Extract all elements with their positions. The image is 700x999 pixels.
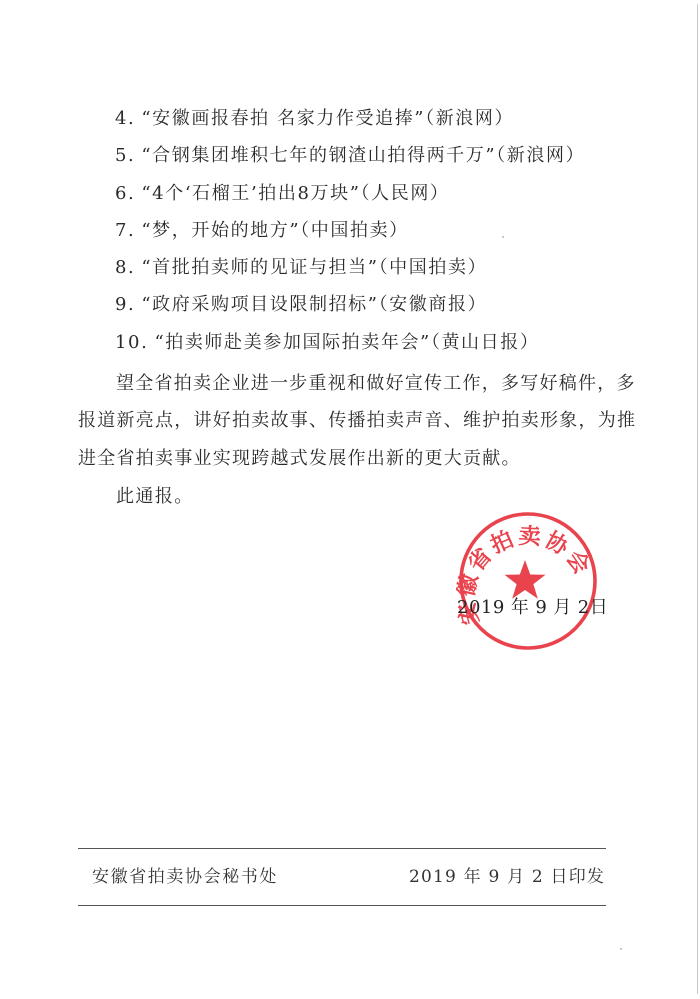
list-item: 7.“梦，开始的地方”（中国拍卖） — [115, 216, 635, 253]
date-day-char: 日 — [590, 597, 609, 618]
signature-date: 2019年9月2日 — [457, 594, 608, 622]
list-text: “梦，开始的地方”（中国拍卖） — [141, 220, 408, 241]
body-paragraph: 望全省拍卖企业进一步重视和做好宣传工作，多写好稿件，多 报道新亮点，讲好拍卖故事… — [78, 365, 618, 477]
official-seal: 安徽省拍卖协会 — [456, 508, 600, 654]
list-item: 4.“安徽画报春拍 名家力作受追捧”（新浪网） — [115, 104, 635, 141]
date-month-char: 月 — [553, 597, 572, 618]
list-item: 9.“政府采购项目设限制招标”（安徽商报） — [115, 290, 635, 327]
list-number: 8. — [115, 253, 135, 283]
list-number: 4. — [115, 104, 135, 134]
document-page: 4.“安徽画报春拍 名家力作受追捧”（新浪网） 5.“合钢集团堆积七年的钢渣山拍… — [0, 0, 700, 999]
scan-speck — [502, 236, 504, 238]
footer-issue-date: 2019 年 9 月 2 日印发 — [409, 862, 605, 892]
scan-speck — [620, 948, 622, 950]
footer-issuer: 安徽省拍卖协会秘书处 — [92, 862, 278, 892]
list-number: 6. — [115, 179, 135, 209]
list-text: “政府采购项目设限制招标”（安徽商报） — [141, 294, 487, 315]
list-item: 6.“4个‘石榴王’拍出8万块”（人民网） — [115, 179, 635, 216]
list-item: 8.“首批拍卖师的见证与担当”（中国拍卖） — [115, 253, 635, 290]
list-number: 10. — [115, 328, 148, 358]
list-text: “首批拍卖师的见证与担当”（中国拍卖） — [141, 257, 487, 278]
list-item: 10.“拍卖师赴美参加国际拍卖年会”（黄山日报） — [115, 328, 635, 365]
footer-rule-bottom — [78, 905, 606, 906]
list-text: “拍卖师赴美参加国际拍卖年会”（黄山日报） — [154, 332, 539, 353]
paragraph-line: 望全省拍卖企业进一步重视和做好宣传工作，多写好稿件，多 — [78, 365, 618, 402]
report-list: 4.“安徽画报春拍 名家力作受追捧”（新浪网） 5.“合钢集团堆积七年的钢渣山拍… — [115, 104, 635, 365]
list-text: “合钢集团堆积七年的钢渣山拍得两千万”（新浪网） — [141, 145, 585, 166]
date-year: 2019 — [457, 597, 505, 618]
date-month: 9 — [535, 597, 547, 618]
list-number: 9. — [115, 290, 135, 320]
list-item: 5.“合钢集团堆积七年的钢渣山拍得两千万”（新浪网） — [115, 141, 635, 178]
list-number: 7. — [115, 216, 135, 246]
paragraph-line: 报道新亮点，讲好拍卖故事、传播拍卖声音、维护拍卖形象，为推 — [78, 402, 618, 439]
list-text: “4个‘石榴王’拍出8万块”（人民网） — [141, 183, 449, 204]
star-icon — [505, 560, 546, 599]
footer-rule-top — [78, 848, 606, 849]
list-number: 5. — [115, 141, 135, 171]
list-text: “安徽画报春拍 名家力作受追捧”（新浪网） — [141, 108, 514, 129]
closing-text: 此通报。 — [116, 478, 194, 515]
date-day: 2 — [578, 597, 590, 618]
date-year-char: 年 — [511, 597, 530, 618]
paragraph-line: 进全省拍卖事业实现跨越式发展作出新的更大贡献。 — [78, 440, 618, 477]
page-edge — [697, 4, 698, 994]
